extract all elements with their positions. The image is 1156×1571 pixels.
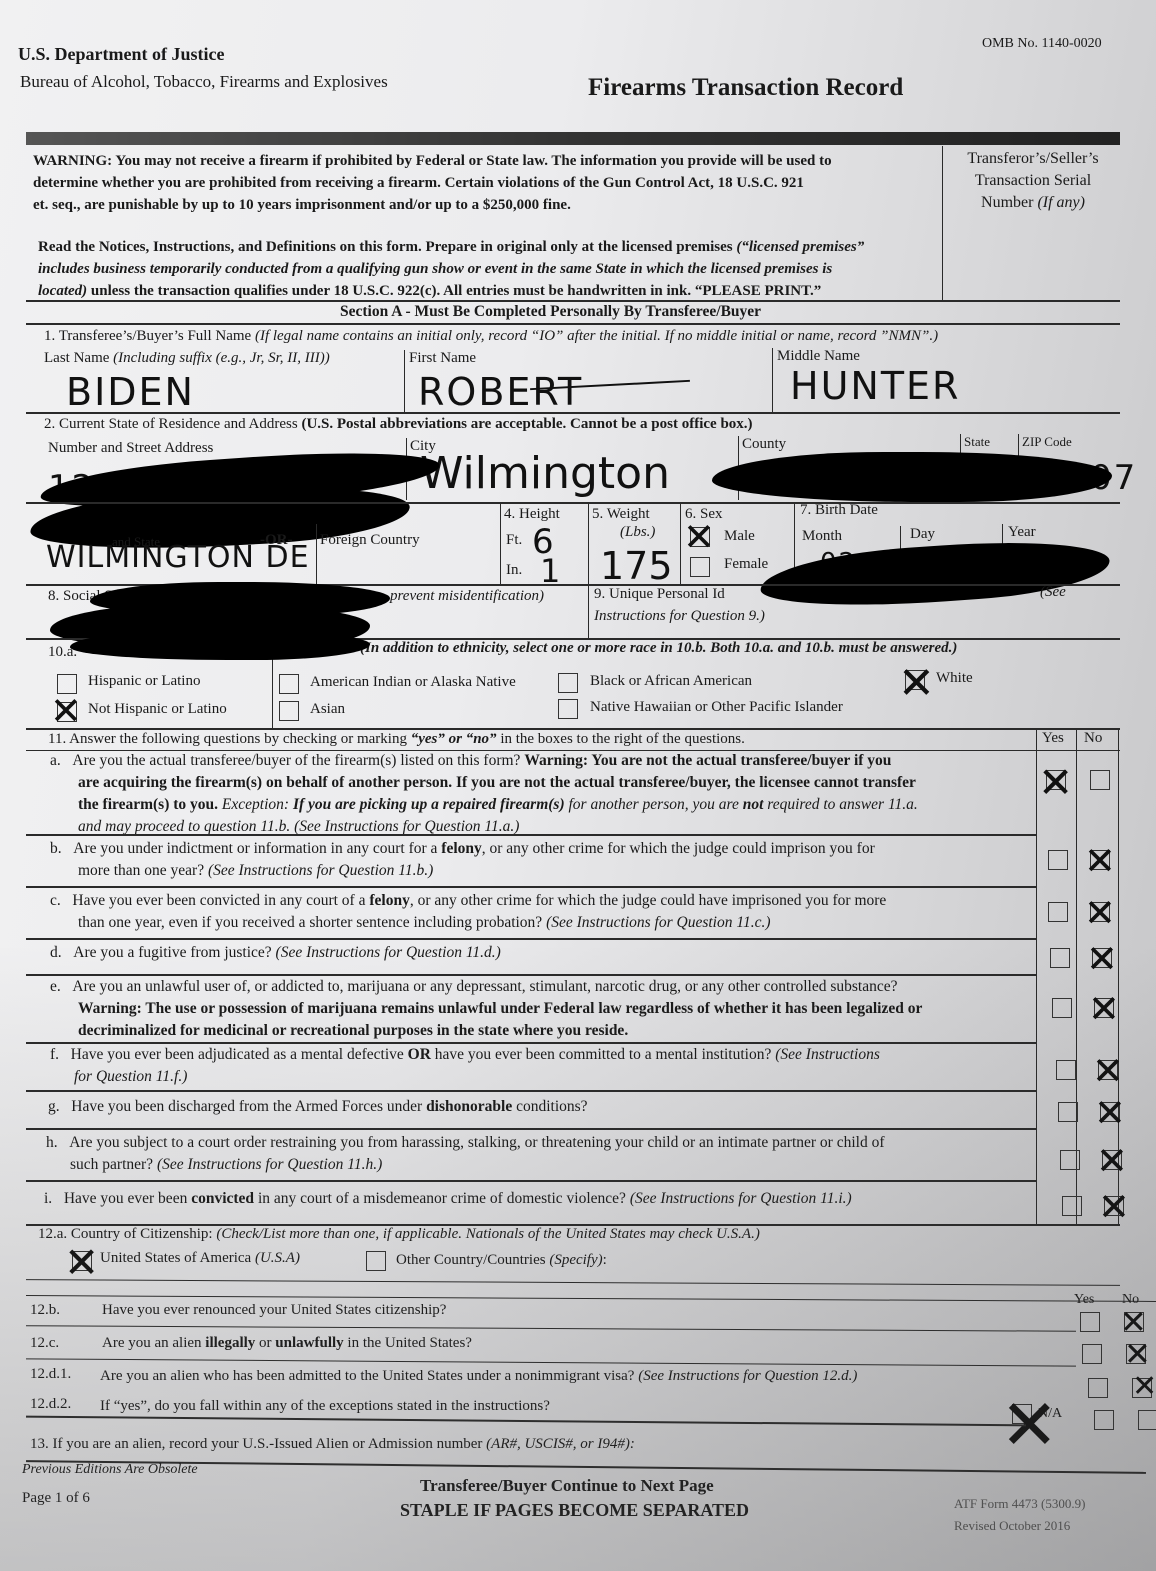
upin-label: 9. Unique Personal Id	[594, 586, 725, 603]
x-mark-icon: ✕	[1084, 842, 1116, 880]
divider	[26, 412, 1120, 414]
question-11f: f. Have you ever been adjudicated as a m…	[50, 1044, 1040, 1088]
alien-number-field[interactable]	[760, 1432, 1000, 1458]
x-mark-icon: ✕	[1086, 940, 1118, 978]
height-in-label: In.	[506, 562, 522, 579]
q12-yes-header: Yes	[1074, 1292, 1094, 1308]
x-mark-icon: ✕	[1096, 1142, 1128, 1180]
x-mark-icon: ✕	[683, 518, 715, 556]
warning-text: WARNING: You may not receive a firearm i…	[33, 150, 938, 216]
page-number: Page 1 of 6	[22, 1490, 90, 1507]
bureau-name: Bureau of Alcohol, Tobacco, Firearms and…	[20, 72, 388, 92]
weight-unit-label: (Lbs.)	[620, 524, 655, 541]
x-mark-icon: ✕	[1124, 1338, 1151, 1370]
divider	[26, 886, 1036, 888]
state-label: State	[964, 434, 990, 450]
sex-male-label: Male	[724, 528, 755, 545]
serial-number-field[interactable]	[948, 216, 1118, 296]
department-name: U.S. Department of Justice	[18, 44, 224, 65]
race-black-checkbox[interactable]	[558, 673, 578, 693]
upin-instructions: Instructions for Question 9.)	[594, 608, 765, 625]
continue-notice: Transferee/Buyer Continue to Next Page	[420, 1476, 714, 1496]
q11a-no-checkbox[interactable]	[1090, 770, 1110, 790]
divider	[404, 350, 405, 412]
yes-column-header: Yes	[1042, 730, 1064, 747]
divider	[588, 584, 589, 638]
q12d1-text: Are you an alien who has been admitted t…	[100, 1368, 857, 1385]
first-name-label: First Name	[409, 350, 476, 367]
citizenship-other-checkbox[interactable]	[366, 1251, 386, 1271]
redaction-ethnicity	[70, 630, 370, 660]
race-white-label: White	[936, 670, 973, 687]
q11g-yes-checkbox[interactable]	[1058, 1102, 1078, 1122]
form-title: Firearms Transaction Record	[588, 74, 903, 102]
obsolete-notice: Previous Editions Are Obsolete	[22, 1462, 198, 1478]
race-note: (In addition to ethnicity, select one or…	[360, 640, 957, 657]
citizenship-other-label: Other Country/Countries (Specify):	[396, 1252, 607, 1269]
divider	[26, 1180, 1036, 1182]
not-hispanic-label: Not Hispanic or Latino	[88, 701, 227, 718]
race-pacific-islander-checkbox[interactable]	[558, 699, 578, 719]
divider	[316, 524, 317, 584]
serial-number-label: Transferor’s/Seller’s Transaction Serial…	[948, 148, 1118, 214]
x-mark-icon: ✕	[1098, 1188, 1130, 1226]
street-label: Number and Street Address	[48, 440, 213, 457]
omb-number: OMB No. 1140-0020	[982, 36, 1102, 52]
staple-notice: STAPLE IF PAGES BECOME SEPARATED	[400, 1500, 749, 1521]
weight-field[interactable]: 175	[600, 544, 673, 588]
sex-female-checkbox[interactable]	[690, 557, 710, 577]
divider	[26, 323, 1120, 325]
race-black-label: Black or African American	[590, 673, 752, 690]
divider	[588, 504, 589, 584]
q12b-yes-checkbox[interactable]	[1080, 1312, 1100, 1332]
question-11c: c. Have you ever been convicted in any c…	[50, 890, 1040, 934]
divider	[772, 348, 773, 412]
q12c-yes-checkbox[interactable]	[1082, 1344, 1102, 1364]
birth-day-label: Day	[910, 526, 935, 543]
citizenship-usa-label: United States of America (U.S.A)	[100, 1250, 300, 1267]
foreign-country-label: Foreign Country	[320, 532, 420, 549]
x-mark-icon: ✕	[64, 1242, 99, 1284]
q12c-text: Are you an alien illegally or unlawfully…	[102, 1335, 472, 1352]
q12d1-number: 12.d.1.	[30, 1366, 71, 1383]
divider	[26, 1358, 1076, 1366]
question-11a: a. Are you the actual transferee/buyer o…	[50, 750, 1040, 838]
birth-month-label: Month	[802, 528, 842, 545]
race-american-indian-checkbox[interactable]	[279, 674, 299, 694]
divider	[26, 1416, 1026, 1427]
q12c-number: 12.c.	[30, 1335, 59, 1352]
question-11b: b. Are you under indictment or informati…	[50, 838, 1040, 882]
question-11i: i. Have you ever been convicted in any c…	[44, 1188, 1034, 1210]
q11e-yes-checkbox[interactable]	[1052, 998, 1072, 1018]
q11h-yes-checkbox[interactable]	[1060, 1150, 1080, 1170]
x-mark-icon: ✕	[898, 662, 935, 706]
county-label: County	[742, 436, 786, 453]
question-11h: h. Are you subject to a court order rest…	[46, 1132, 1036, 1176]
upin-note: (See	[1040, 584, 1066, 601]
divider	[26, 1325, 1076, 1331]
middle-name-field[interactable]: HUNTER	[790, 364, 960, 408]
divider	[26, 1128, 1036, 1130]
q12d2-no-checkbox[interactable]	[1138, 1410, 1156, 1430]
height-ft-label: Ft.	[506, 532, 522, 549]
form-id: ATF Form 4473 (5300.9)	[954, 1496, 1085, 1512]
middle-name-label: Middle Name	[777, 348, 860, 365]
divider	[680, 504, 681, 584]
q12d2-yes-checkbox[interactable]	[1094, 1410, 1114, 1430]
x-mark-icon: ✕	[50, 692, 82, 730]
question-11e: e. Are you an unlawful user of, or addic…	[50, 976, 1040, 1042]
question-11d: d. Are you a fugitive from justice? (See…	[50, 942, 1040, 964]
divider	[26, 300, 1120, 302]
question-11g: g. Have you been discharged from the Arm…	[48, 1096, 1038, 1118]
q12d2-number: 12.d.2.	[30, 1396, 71, 1413]
race-asian-checkbox[interactable]	[279, 701, 299, 721]
q11i-yes-checkbox[interactable]	[1062, 1196, 1082, 1216]
divider	[500, 504, 501, 584]
x-mark-icon: ✕	[1094, 1094, 1126, 1132]
q11b-yes-checkbox[interactable]	[1048, 850, 1068, 870]
q2-label: 2. Current State of Residence and Addres…	[44, 416, 753, 433]
q11d-yes-checkbox[interactable]	[1050, 948, 1070, 968]
redaction-county	[712, 452, 1112, 502]
race-american-indian-label: American Indian or Alaska Native	[310, 674, 516, 691]
q12d1-yes-checkbox[interactable]	[1088, 1378, 1108, 1398]
race-pacific-islander-label: Native Hawaiian or Other Pacific Islande…	[590, 699, 843, 716]
section-a-title: Section A - Must Be Completed Personally…	[340, 303, 761, 321]
x-mark-icon: ✕	[1088, 990, 1120, 1028]
q11f-yes-checkbox[interactable]	[1056, 1060, 1076, 1080]
instructions-text: Read the Notices, Instructions, and Defi…	[38, 236, 943, 302]
x-mark-icon: ✕	[1120, 1306, 1147, 1338]
q11-intro: 11. Answer the following questions by ch…	[48, 731, 745, 748]
header-bar	[26, 132, 1120, 145]
divider	[26, 1295, 1156, 1302]
redaction-birthdate	[758, 534, 1111, 614]
x-mark-icon: ✕	[1038, 762, 1073, 804]
place-of-birth-field[interactable]: WILMINGTON DE	[46, 540, 310, 575]
birth-date-label: 7. Birth Date	[800, 502, 878, 519]
divider	[26, 1090, 1036, 1092]
revised-date: Revised October 2016	[954, 1518, 1070, 1534]
divider	[26, 728, 1120, 730]
race-asian-label: Asian	[310, 701, 345, 718]
q12d2-text: If “yes”, do you fall within any of the …	[100, 1398, 550, 1415]
birth-year-label: Year	[1008, 524, 1036, 541]
q12b-text: Have you ever renounced your United Stat…	[102, 1302, 446, 1319]
sex-female-label: Female	[724, 556, 768, 573]
weight-label: 5. Weight	[592, 506, 650, 523]
x-mark-icon: ✕	[1132, 1372, 1156, 1402]
zip-label: ZIP Code	[1022, 434, 1072, 450]
city-field[interactable]: Wilmington	[420, 448, 670, 499]
height-label: 4. Height	[504, 506, 560, 523]
citizenship-other-field[interactable]	[650, 1248, 1110, 1274]
first-name-field[interactable]: ROBERT	[418, 370, 583, 414]
divider	[26, 834, 1036, 836]
q13-label: 13. If you are an alien, record your U.S…	[30, 1436, 635, 1453]
divider	[26, 938, 1036, 940]
last-name-field[interactable]: BIDEN	[66, 370, 195, 414]
q12b-number: 12.b.	[30, 1302, 60, 1319]
divider	[26, 502, 1120, 504]
q1-label: 1. Transferee’s/Buyer’s Full Name (If le…	[44, 328, 938, 345]
no-column-header: No	[1084, 730, 1102, 747]
hispanic-label: Hispanic or Latino	[88, 673, 200, 690]
ssn-note: prevent misidentification)	[390, 588, 544, 605]
divider	[26, 1279, 1120, 1286]
last-name-label: Last Name (Including suffix (e.g., Jr, S…	[44, 350, 330, 367]
x-mark-icon: ✕	[1084, 894, 1116, 932]
q11c-yes-checkbox[interactable]	[1048, 902, 1068, 922]
x-mark-icon: ✕	[1092, 1052, 1124, 1090]
q12a-label: 12.a. Country of Citizenship: (Check/Lis…	[38, 1226, 760, 1243]
